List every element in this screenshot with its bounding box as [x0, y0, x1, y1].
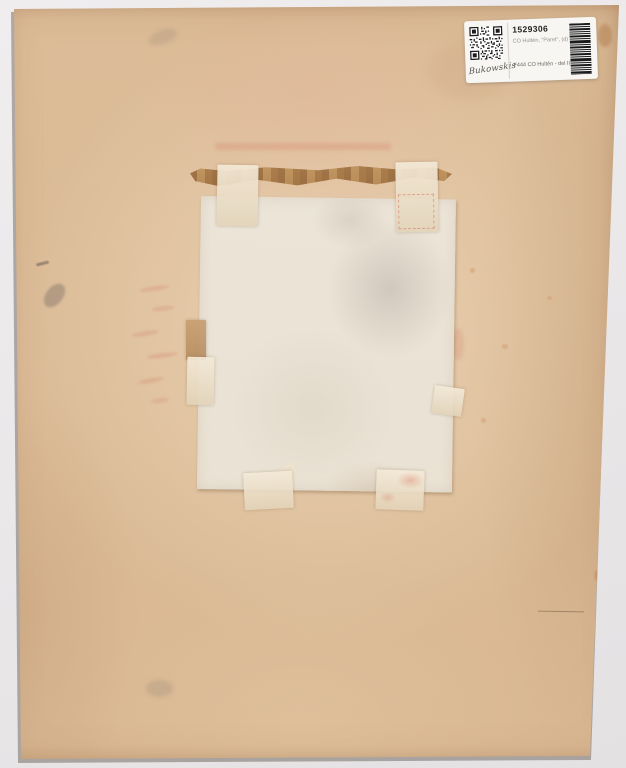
barcode-icon: [569, 23, 592, 75]
label-catalog-line: F444 CO Hultén - del II: [513, 61, 570, 69]
tape-bottom-right: [375, 469, 424, 511]
tape-left-upper: [186, 320, 206, 360]
tape-top-left: [216, 165, 258, 227]
tape-left-lower: [187, 357, 215, 405]
cardboard-back: Bukowskis 1529306 CO Hultén, "Paret", (d…: [0, 0, 626, 768]
label-artist-line: CO Hultén, "Paret", (d): [513, 37, 569, 45]
auction-house-logo-script: Bukowskis: [469, 62, 509, 78]
qr-code-icon: [469, 26, 503, 60]
tape-right-middle: [431, 385, 465, 417]
tape-bottom-left: [243, 471, 294, 511]
photo-stage: Bukowskis 1529306 CO Hultén, "Paret", (d…: [0, 0, 626, 768]
tape-top-right: [395, 162, 438, 233]
auction-label: Bukowskis 1529306 CO Hultén, "Paret", (d…: [464, 17, 598, 84]
mounted-paper: [197, 196, 456, 493]
lot-number: 1529306: [512, 23, 548, 34]
red-dashed-marks: [398, 194, 435, 230]
